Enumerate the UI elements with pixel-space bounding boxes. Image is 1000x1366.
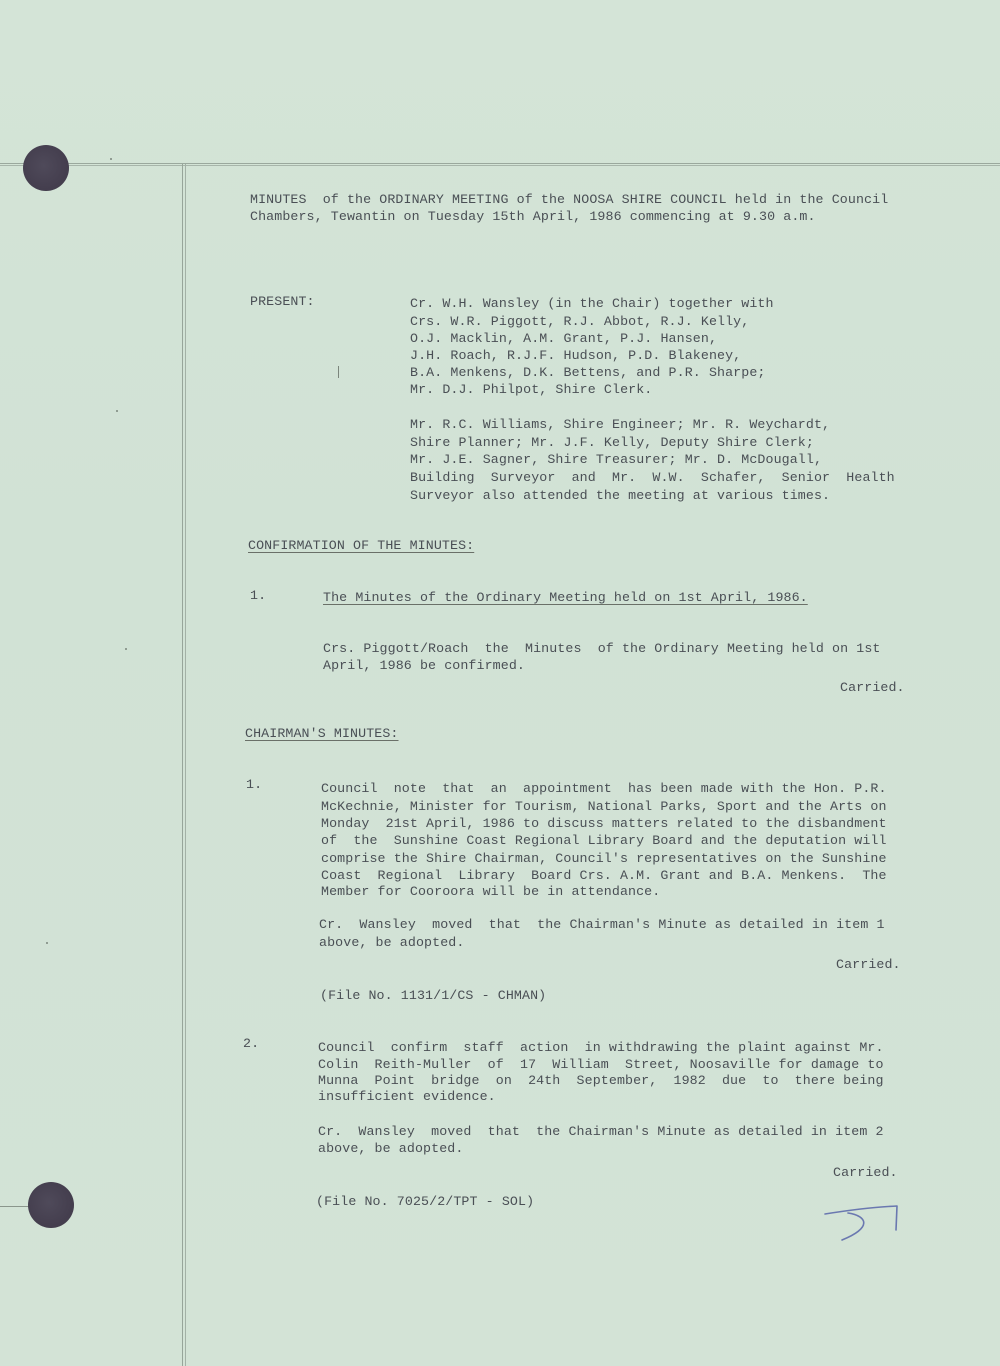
minutes-title-line-1: MINUTES of the ORDINARY MEETING of the N…	[250, 191, 888, 209]
present-councillor-line: J.H. Roach, R.J.F. Hudson, P.D. Blakeney…	[410, 347, 741, 365]
chairman-item-line: Member for Cooroora will be in attendanc…	[321, 883, 660, 901]
confirmation-motion-line: April, 1986 be confirmed.	[323, 657, 525, 675]
chairman-item-line: McKechnie, Minister for Tourism, Nationa…	[321, 798, 887, 816]
chairman-motion-line: above, be adopted.	[319, 934, 464, 952]
punch-hole-bottom	[28, 1182, 74, 1228]
chairman-item-line: of the Sunshine Coast Regional Library B…	[321, 832, 887, 850]
chairman-item-line: insufficient evidence.	[318, 1088, 496, 1106]
chairmans-minutes-heading: CHAIRMAN'S MINUTES:	[245, 725, 399, 743]
chairman-result: Carried.	[833, 1164, 898, 1182]
punch-hole-mark	[0, 1206, 30, 1207]
present-councillor-line: Cr. W.H. Wansley (in the Chair) together…	[410, 295, 774, 313]
chairman-item-line: Monday 21st April, 1986 to discuss matte…	[321, 815, 887, 833]
chairman-item-line: Munna Point bridge on 24th September, 19…	[318, 1072, 884, 1090]
confirmation-item-number: 1.	[250, 587, 266, 605]
paper-speck	[116, 410, 118, 412]
ruled-horizontal-line	[0, 163, 1000, 166]
chairman-motion-line: Cr. Wansley moved that the Chairman's Mi…	[319, 916, 885, 934]
confirmation-result: Carried.	[840, 679, 905, 697]
present-staff-line: Building Surveyor and Mr. W.W. Schafer, …	[410, 469, 895, 487]
paper-speck	[110, 158, 112, 160]
chairman-item-line: Council note that an appointment has bee…	[321, 780, 887, 798]
confirmation-motion-line: Crs. Piggott/Roach the Minutes of the Or…	[323, 640, 880, 658]
confirmation-item-title: The Minutes of the Ordinary Meeting held…	[323, 589, 808, 607]
chairman-motion-line: Cr. Wansley moved that the Chairman's Mi…	[318, 1123, 884, 1141]
paper-speck	[125, 648, 127, 650]
present-staff-line: Surveyor also attended the meeting at va…	[410, 487, 830, 505]
minutes-title-line-2: Chambers, Tewantin on Tuesday 15th April…	[250, 208, 816, 226]
punch-hole-top	[23, 145, 69, 191]
chairman-item-line: Coast Regional Library Board Crs. A.M. G…	[321, 867, 887, 885]
chairman-item-line: Council confirm staff action in withdraw…	[318, 1039, 884, 1057]
present-staff-line: Shire Planner; Mr. J.F. Kelly, Deputy Sh…	[410, 434, 814, 452]
present-staff-line: Mr. J.E. Sagner, Shire Treasurer; Mr. D.…	[410, 451, 822, 469]
chairman-item-number: 1.	[246, 776, 262, 794]
present-staff-line: Mr. R.C. Williams, Shire Engineer; Mr. R…	[410, 416, 830, 434]
chairman-item-line: Colin Reith-Muller of 17 William Street,…	[318, 1056, 884, 1074]
chairman-file-number: (File No. 7025/2/TPT - SOL)	[316, 1193, 534, 1211]
present-councillor-line: Mr. D.J. Philpot, Shire Clerk.	[410, 381, 652, 399]
paper-mark	[338, 366, 339, 378]
chairman-result: Carried.	[836, 956, 901, 974]
chairman-item-line: comprise the Shire Chairman, Council's r…	[321, 850, 887, 868]
present-councillor-line: O.J. Macklin, A.M. Grant, P.J. Hansen,	[410, 330, 717, 348]
handwritten-page-number	[820, 1200, 910, 1250]
document-page: MINUTES of the ORDINARY MEETING of the N…	[0, 0, 1000, 1366]
ruled-margin-line	[182, 164, 186, 1366]
chairman-motion-line: above, be adopted.	[318, 1140, 463, 1158]
chairman-item-number: 2.	[243, 1035, 259, 1053]
paper-speck	[46, 942, 48, 944]
present-councillor-line: Crs. W.R. Piggott, R.J. Abbot, R.J. Kell…	[410, 313, 749, 331]
present-label: PRESENT:	[250, 293, 315, 311]
confirmation-heading: CONFIRMATION OF THE MINUTES:	[248, 537, 474, 555]
present-councillor-line: B.A. Menkens, D.K. Bettens, and P.R. Sha…	[410, 364, 766, 382]
chairman-file-number: (File No. 1131/1/CS - CHMAN)	[320, 987, 546, 1005]
